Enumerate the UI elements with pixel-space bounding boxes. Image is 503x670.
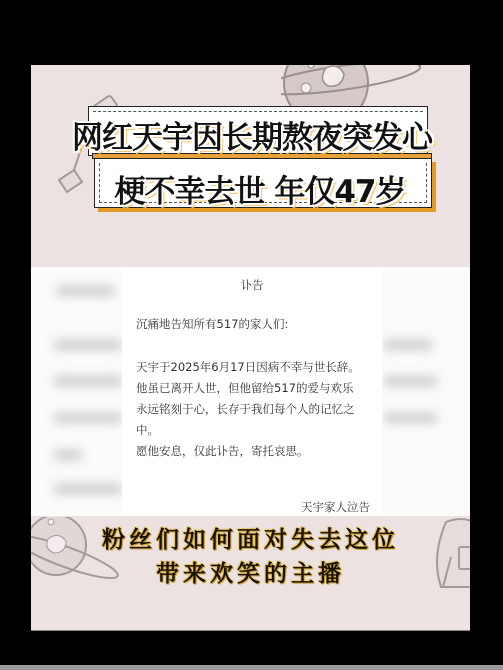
- obituary-body-line: 愿他安息，仅此讣告，寄托哀思。: [136, 443, 309, 459]
- obituary-signature: 天宇家人泣告: [301, 499, 370, 515]
- obituary-title: 讣告: [122, 277, 382, 293]
- obituary-document: 讣告 沉痛地告知所有517的家人们: 天宇于2025年6月17日因病不幸与世长辞…: [31, 267, 470, 516]
- progress-bar[interactable]: [0, 665, 503, 670]
- obituary-body-line: 他虽已离开人世，但他留给517的爱与欢乐: [136, 380, 353, 396]
- blurred-text: [53, 483, 123, 495]
- headline-line-1: 网红天宇因长期熬夜突发心: [66, 112, 438, 157]
- blurred-text: [383, 412, 438, 424]
- blurred-text: [53, 412, 123, 424]
- caption-line-2: 带来欢笑的主播: [31, 555, 470, 588]
- video-frame: 网红天宇因长期熬夜突发心 梗不幸去世 年仅47岁 讣告 沉痛地告知所有517的家…: [31, 65, 470, 631]
- obituary-greeting: 沉痛地告知所有517的家人们:: [136, 316, 288, 332]
- blurred-text: [53, 375, 123, 387]
- obituary-body-line: 天宇于2025年6月17日因病不幸与世长辞。: [136, 359, 360, 375]
- obituary-body-line: 永远铭刻于心，长存于我们每个人的记忆之: [136, 401, 355, 417]
- blurred-text: [53, 339, 123, 351]
- obituary-content: 讣告 沉痛地告知所有517的家人们: 天宇于2025年6月17日因病不幸与世长辞…: [122, 267, 382, 516]
- blurred-text: [383, 339, 433, 351]
- obituary-body-line: 中。: [136, 422, 159, 438]
- blurred-text: [383, 375, 438, 387]
- blurred-text: [56, 285, 116, 297]
- blurred-text: [53, 449, 83, 461]
- caption-line-1: 粉丝们如何面对失去这位: [31, 521, 470, 554]
- headline-line-2: 梗不幸去世 年仅47岁: [74, 166, 446, 211]
